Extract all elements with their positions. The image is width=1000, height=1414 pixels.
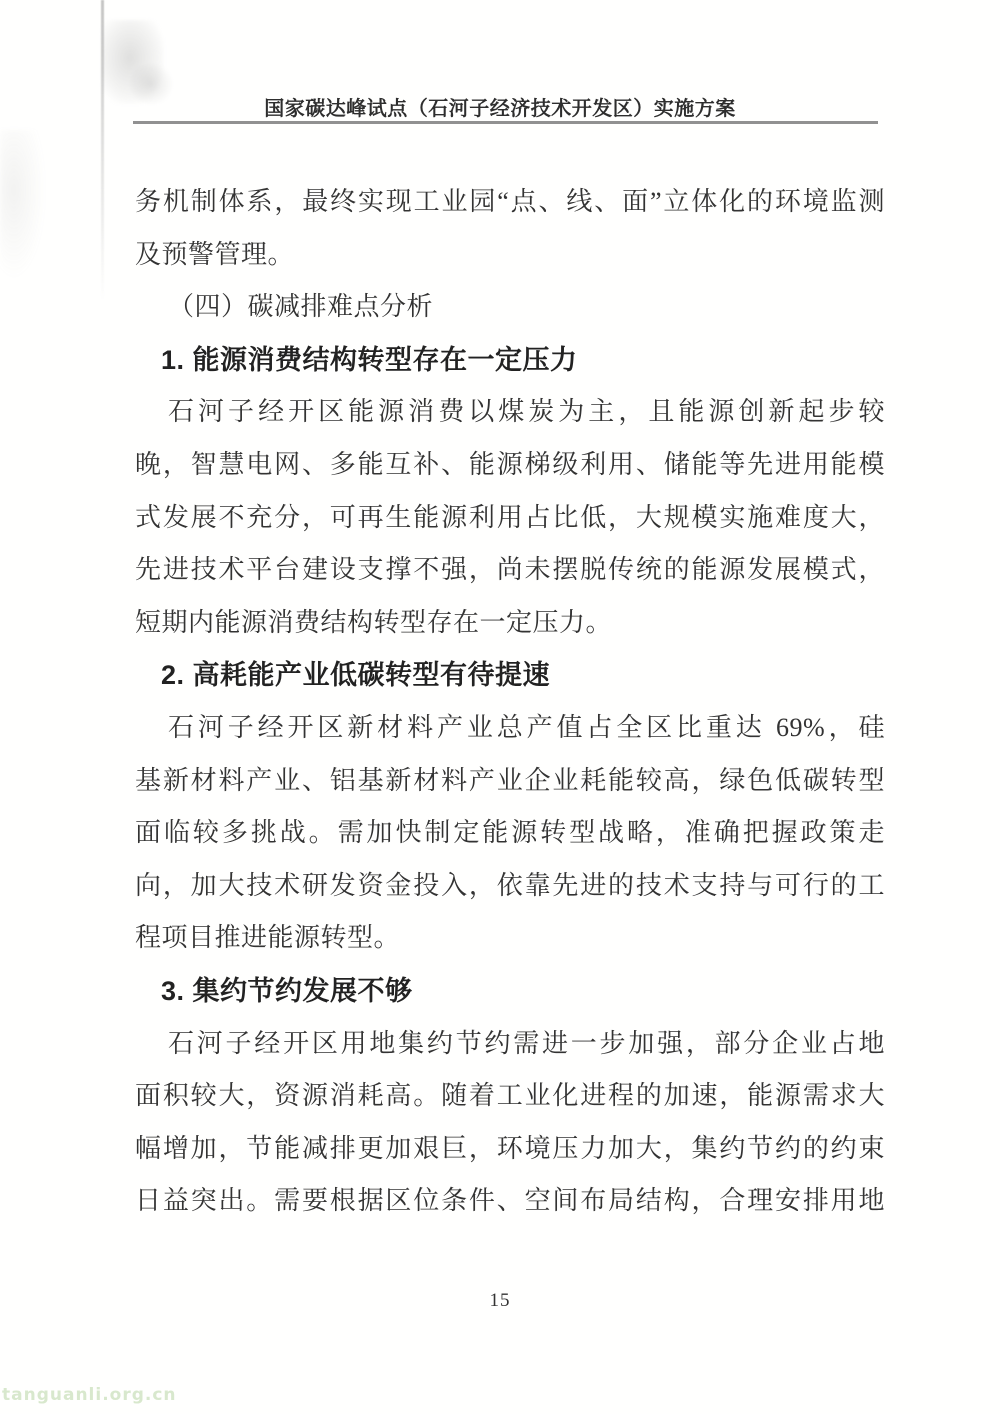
- text-line: 向，加大技术研发资金投入，依靠先进的技术支持与可行的工: [135, 860, 885, 913]
- text-line: 基新材料产业、铝基新材料产业企业耗能较高，绿色低碳转型: [135, 755, 885, 808]
- scan-artifact: [101, 0, 104, 300]
- text-line: 日益突出。需要根据区位条件、空间布局结构，合理安排用地: [135, 1175, 885, 1228]
- page-number: 15: [0, 1290, 1000, 1312]
- document-body: 务机制体系，最终实现工业园“点、线、面”立体化的环境监测 及预警管理。 （四）碳…: [135, 176, 885, 1228]
- text-line: 晚，智慧电网、多能互补、能源梯级利用、储能等先进用能模: [135, 439, 885, 492]
- section-heading: 1. 能源消费结构转型存在一定压力: [135, 334, 885, 387]
- text-line: 程项目推进能源转型。: [135, 912, 885, 965]
- text-line: 面积较大，资源消耗高。随着工业化进程的加速，能源需求大: [135, 1070, 885, 1123]
- section-heading: 2. 高耗能产业低碳转型有待提速: [135, 649, 885, 702]
- text-line: 石河子经开区能源消费以煤炭为主，且能源创新起步较: [135, 386, 885, 439]
- text-line: 务机制体系，最终实现工业园“点、线、面”立体化的环境监测: [135, 176, 885, 229]
- subsection-title: （四）碳减排难点分析: [135, 281, 885, 334]
- text-line: 石河子经开区新材料产业总产值占全区比重达 69%，硅: [135, 702, 885, 755]
- text-line: 先进技术平台建设支撑不强，尚未摆脱传统的能源发展模式，: [135, 544, 885, 597]
- section-heading: 3. 集约节约发展不够: [135, 965, 885, 1018]
- header-rule: [133, 121, 878, 124]
- text-line: 及预警管理。: [135, 229, 885, 282]
- scan-artifact: [0, 130, 46, 280]
- text-line: 短期内能源消费结构转型存在一定压力。: [135, 597, 885, 650]
- text-line: 面临较多挑战。需加快制定能源转型战略，准确把握政策走: [135, 807, 885, 860]
- text-line: 幅增加，节能减排更加艰巨，环境压力加大，集约节约的约束: [135, 1123, 885, 1176]
- text-line: 式发展不充分，可再生能源利用占比低，大规模实施难度大，: [135, 492, 885, 545]
- header-title: 国家碳达峰试点（石河子经济技术开发区）实施方案: [0, 92, 1000, 121]
- document-page: 国家碳达峰试点（石河子经济技术开发区）实施方案 务机制体系，最终实现工业园“点、…: [0, 0, 1000, 1414]
- text-line: 石河子经开区用地集约节约需进一步加强，部分企业占地: [135, 1018, 885, 1071]
- watermark: tanguanli.org.cn: [2, 1385, 177, 1405]
